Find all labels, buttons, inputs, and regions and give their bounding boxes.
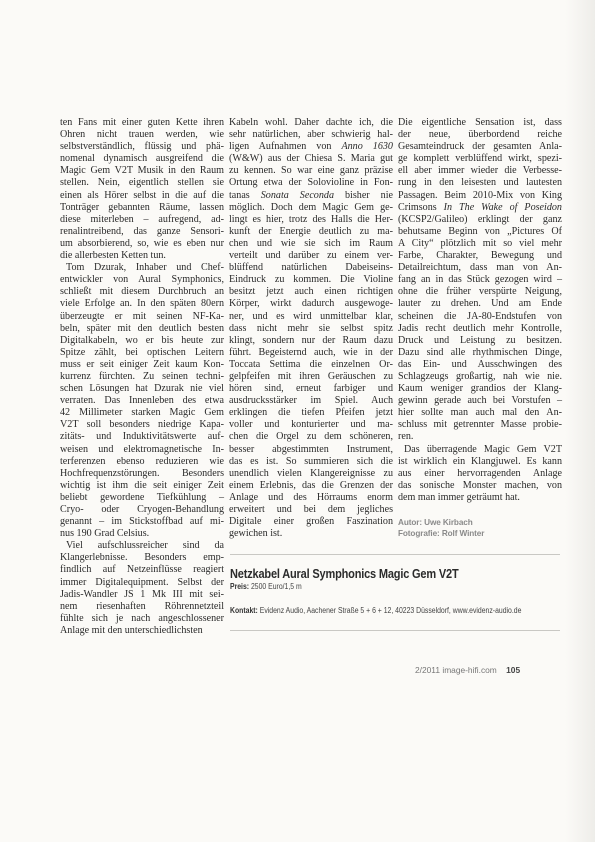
text-line: klingt, sondern nur der Raum dazu	[229, 335, 393, 347]
text-line: aus einer hervorragenden Anlage	[398, 468, 562, 480]
product-infobox: Netzkabel Aural Symphonics Magic Gem V2T…	[230, 567, 560, 616]
italic-title: In The Wake of Poseidon	[444, 202, 562, 213]
text-line: fühlte sich je nach angeschlossener	[60, 613, 224, 625]
text-line: hier sollte man auch mal den An-	[398, 407, 562, 419]
text-line: voller und konturierter und ma-	[229, 419, 393, 431]
text-line: erweitert und bei dem jegliches	[229, 504, 393, 516]
infobox-top-rule	[230, 554, 560, 555]
text-line: der neue, überbordend reiche	[398, 129, 562, 141]
price-value: 2500 Euro/1,5 m	[251, 582, 302, 591]
text-line: Toccata Settima die einzelnen Or-	[229, 359, 393, 371]
text-line: fang an in das Stück gezogen wird –	[398, 274, 562, 286]
text-line: hören sind, erneut farbiger und	[229, 383, 393, 395]
text-line: das sonische Monster machen, von	[398, 480, 562, 492]
text-line: ohne die früher verspürte Neigung,	[398, 286, 562, 298]
text-line: dass nicht mehr sie selbst spitz	[229, 323, 393, 335]
text-line: tanas Sonata Seconda bisher nie	[229, 190, 393, 202]
article-column-3: Die eigentliche Sensation ist, dassder n…	[398, 117, 562, 539]
website: image-hifi.com	[442, 665, 496, 675]
text-line: Viel aufschlussreicher sind da	[60, 540, 224, 552]
text-line: ell aber immer wieder die Verbesse-	[398, 165, 562, 177]
page-edge-shadow	[565, 0, 595, 842]
text-line: lauter zu drehen. Und am Ende	[398, 298, 562, 310]
contact-line: Kontakt: Evidenz Audio, Aachener Straße …	[230, 606, 520, 616]
text-line: das es ist. So summieren sich die	[229, 456, 393, 468]
text-line: schluss mit getrennter Masse probie-	[398, 419, 562, 431]
text-line: ist wirklich ein Klangjuwel. Es kann	[398, 456, 562, 468]
text-line: Cryo- oder Cryogen-Behandlung	[60, 504, 224, 516]
text-line: terferenzen ebenso reduzieren wie	[60, 456, 224, 468]
text-line: Jadis-Wandler JS 1 Mk III mit sei-	[60, 589, 224, 601]
text-line: 42 Millimeter starken Magic Gem	[60, 407, 224, 419]
text-line: nomenal dynamisch ausgreifend die	[60, 153, 224, 165]
text-line: ner, und es wird unmittelbar klar,	[229, 311, 393, 323]
text-line: rung in den leisesten und lautesten	[398, 177, 562, 189]
text-line: schließt mit diesem Durchbruch an	[60, 286, 224, 298]
text-line: Farbe, Charakter, Bewegung und	[398, 250, 562, 262]
text-line: Das überragende Magic Gem V2T	[398, 444, 562, 456]
text-line: chen die Orgel zu dem schöneren,	[229, 431, 393, 443]
text-line: Dazu sind alle rhythmischen Dinge,	[398, 347, 562, 359]
text-line: kunft der Energie deutlich zu ma-	[229, 226, 393, 238]
text-line: Kaum weniger grandios der Klang-	[398, 383, 562, 395]
text-line: gewinn gerade auch bei Vorstufen –	[398, 395, 562, 407]
text-line: führt. Begeisternd auch, wie in der	[229, 347, 393, 359]
credits: Autor: Uwe Kirbach Fotografie: Rolf Wint…	[398, 517, 562, 539]
text-line: findlich auf Netzeinflüsse reagiert	[60, 564, 224, 576]
text-line: überzeugte er mit seinen NF-Ka-	[60, 311, 224, 323]
text-line: Eindruck zu kommen. Die Violine	[229, 274, 393, 286]
text-line: gelpfeifen mit ihren Geräuschen zu	[229, 371, 393, 383]
text-line: entwickler von Aural Symphonics,	[60, 274, 224, 286]
text-line: kurrenz fürchten. Zu seinen techni-	[60, 371, 224, 383]
article-column-2: Kabeln wohl. Daher dachte ich, diesehr n…	[229, 117, 393, 540]
text-line: zitäts- und Induktivitätswerte auf-	[60, 431, 224, 443]
text-line: Die eigentliche Sensation ist, dass	[398, 117, 562, 129]
text-line: genannt – im Stickstoffbad auf mi-	[60, 516, 224, 528]
text-line: chen und wie sie sich im Raum	[229, 238, 393, 250]
text-line: möglich. Doch dem Magic Gem ge-	[229, 202, 393, 214]
text-line: ligen Aufnahmen von Anno 1630	[229, 141, 393, 153]
text-line: Tom Dzurak, Inhaber und Chef-	[60, 262, 224, 274]
text-line: viele Erfolge an. In den späten 80ern	[60, 298, 224, 310]
text-line: Kabeln wohl. Daher dachte ich, die	[229, 117, 393, 129]
text-line: Anlage und des Hörraums enorm	[229, 492, 393, 504]
text-line: ausdrucksstärker im Spiel. Auch	[229, 395, 393, 407]
text-line: lingt es hier, trotz des Halls die Her-	[229, 214, 393, 226]
text-line: Schlagzeugs großartig, nah wie nie.	[398, 371, 562, 383]
text-line: Tonträger gebannten Räume, lassen	[60, 202, 224, 214]
author-credit: Autor: Uwe Kirbach	[398, 517, 562, 528]
text-line: zu kennen. So war eine ganz präzise	[229, 165, 393, 177]
text-line: V2T soll besonders niedrige Kapa-	[60, 419, 224, 431]
text-line: Spitze zählt, bei optischen Leitern	[60, 347, 224, 359]
text-line: beliebt gewordene Tiefkühlung –	[60, 492, 224, 504]
text-line: Jadis recht deutlich mehr Kontrolle,	[398, 323, 562, 335]
text-line: scheinen die JA-80-Endstufen von	[398, 311, 562, 323]
text-line: Gesamteindruck der gesamten Anla-	[398, 141, 562, 153]
infobox-bottom-rule	[230, 630, 560, 631]
text-line: Klangerlebnisse. Besonders emp-	[60, 552, 224, 564]
text-line: um absorbierend, so, wie es eben nur	[60, 238, 224, 250]
text-line: wichtig ist ihm die seit einiger Zeit	[60, 480, 224, 492]
text-line: unendlich vielen Klangereignisse zu	[229, 468, 393, 480]
text-line: Körper, wirkt dadurch ausgewoge-	[229, 298, 393, 310]
article-column-1: ten Fans mit einer guten Kette ihrenOhre…	[60, 117, 224, 637]
text-line: Detailreichtum, dass man von An-	[398, 262, 562, 274]
text-line: A City“ plötzlich mit so viel mehr	[398, 238, 562, 250]
text-line: ren.	[398, 431, 562, 443]
photo-credit: Fotografie: Rolf Winter	[398, 528, 562, 539]
text-line: blüffend natürlichen Dabeiseins-	[229, 262, 393, 274]
text-line: erklingen die tiefen Pfeifen jetzt	[229, 407, 393, 419]
italic-title: Sonata Seconda	[261, 190, 334, 201]
text-line: Digitale einer großen Faszination	[229, 516, 393, 528]
text-line: Crimsons In The Wake of Poseidon	[398, 202, 562, 214]
contact-label: Kontakt:	[230, 606, 258, 615]
text-line: ten Fans mit einer guten Kette ihren	[60, 117, 224, 129]
text-line: Digitalkabeln, wo er bis heute zur	[60, 335, 224, 347]
contact-value: Evidenz Audio, Aachener Straße 5 + 6 + 1…	[260, 606, 522, 615]
text-line: stellen. Nein, eigentlich stellen sie	[60, 177, 224, 189]
text-line: dem man immer geträumt hat.	[398, 492, 562, 504]
text-line: besser abgestimmten Instrument,	[229, 444, 393, 456]
text-line: diese miterleben – aufregend, ad-	[60, 214, 224, 226]
text-line: sehr natürlichen, aber schwierig hal-	[229, 129, 393, 141]
text-line: schen Lösungen hat Dzurak nie viel	[60, 383, 224, 395]
price-line: Preis: 2500 Euro/1,5 m	[230, 582, 520, 592]
text-line: muss er seit einiger Zeit kaum Kon-	[60, 359, 224, 371]
text-line: einen als Hörer selbst in die auf die	[60, 190, 224, 202]
issue-number: 2/2011	[415, 665, 440, 675]
text-line: einem Erlebnis, das die Grenzen der	[229, 480, 393, 492]
text-line: beln, später mit den deutlich besten	[60, 323, 224, 335]
price-label: Preis:	[230, 582, 249, 591]
text-line: Ohren nicht trauen werden, wie	[60, 129, 224, 141]
article-column-3-body: Die eigentliche Sensation ist, dassder n…	[398, 117, 562, 504]
product-title: Netzkabel Aural Symphonics Magic Gem V2T	[230, 567, 520, 581]
text-line: weisen und elektromagnetische In-	[60, 444, 224, 456]
text-line: gewichen ist.	[229, 528, 393, 540]
text-line: verteilt und darüber zu einem ver-	[229, 250, 393, 262]
text-line: Passagen. Beim 2010-Mix von King	[398, 190, 562, 202]
italic-title: Anno 1630	[341, 141, 393, 152]
text-line: Magic Gem V2T Musik in den Raum	[60, 165, 224, 177]
text-line: besitzt jetzt auch einen richtigen	[229, 286, 393, 298]
text-line: verraten. Das Innenleben des etwa	[60, 395, 224, 407]
text-line: Hochfrequenzstörungen. Besonders	[60, 468, 224, 480]
text-line: (KCSP2/Galileo) erklingt der ganz	[398, 214, 562, 226]
text-line: die allerbesten Ketten tun.	[60, 250, 224, 262]
text-line: das Ein- und Ausschwingen des	[398, 359, 562, 371]
text-line: Anlage mit den unterschiedlichsten	[60, 625, 224, 637]
text-line: Ortung etwa der Solovioline in Fon-	[229, 177, 393, 189]
page-footer: 2/2011 image-hifi.com 105	[415, 665, 520, 675]
text-line: selbstverständlich, flüssig und phä-	[60, 141, 224, 153]
text-line: nus 190 Grad Celsius.	[60, 528, 224, 540]
text-line: behutsame Beginn von „Pictures Of	[398, 226, 562, 238]
text-line: (W&W) aus der Chiesa S. Maria gut	[229, 153, 393, 165]
text-line: nem riesenhaften Röhrennetzteil	[60, 601, 224, 613]
text-line: ge komplett verblüffend wirkt, spezi-	[398, 153, 562, 165]
text-line: immer Digitalequipment. Selbst der	[60, 577, 224, 589]
text-line: Druck und Leistung zu besitzen.	[398, 335, 562, 347]
text-line: renalintreibend, das ganze Sensori-	[60, 226, 224, 238]
page-number: 105	[506, 665, 520, 675]
